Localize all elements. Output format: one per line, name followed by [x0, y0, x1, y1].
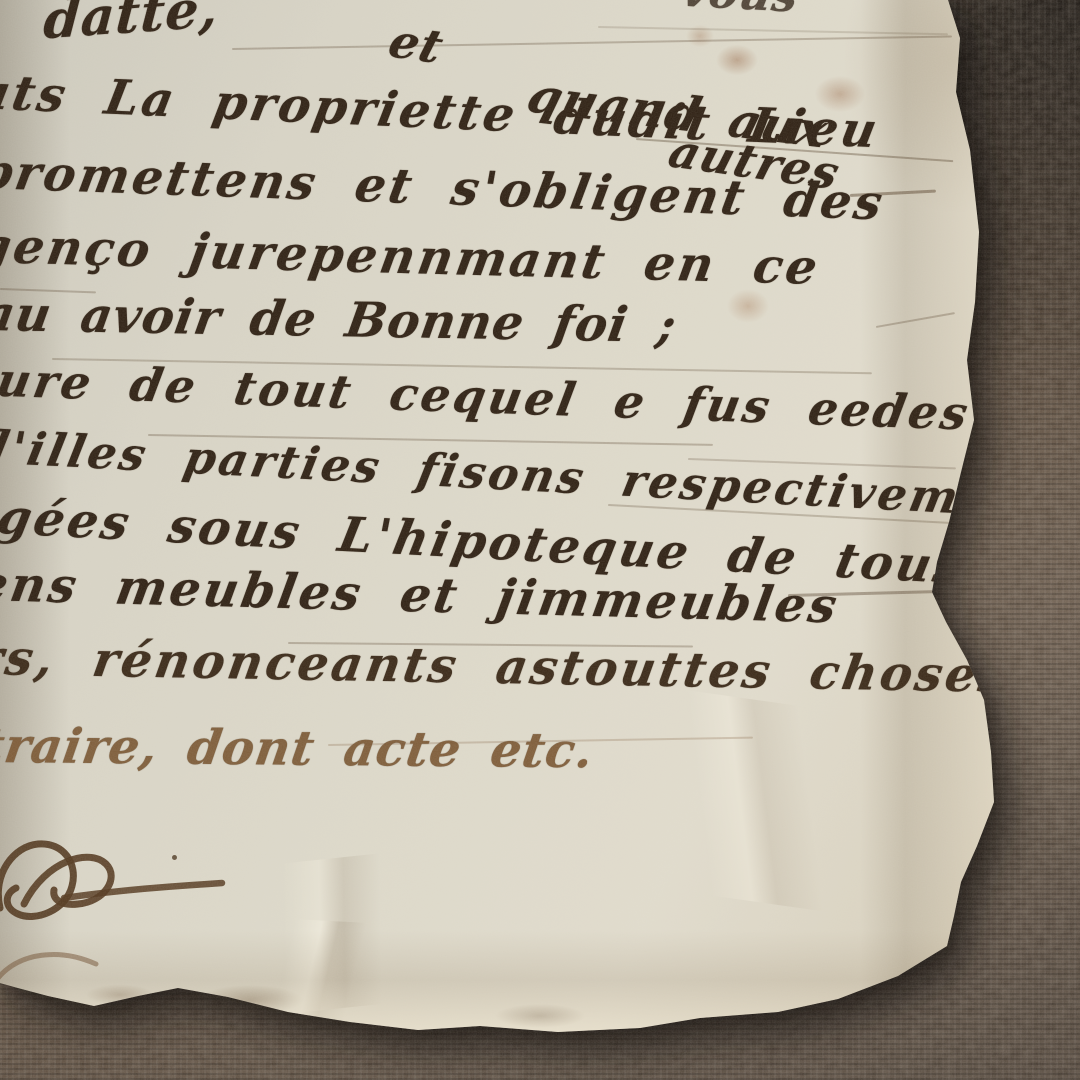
manuscript-line: rs, rénonceants astouttes choses	[0, 630, 1013, 704]
ink-rule	[232, 35, 952, 50]
manuscript-line: genço jurepennmant en ce	[0, 218, 824, 296]
manuscript-line: au avoir de Bonne foi ;	[0, 286, 681, 354]
manuscript-line: uts La propriette dudit Lieu	[0, 64, 884, 159]
photo-of-manuscript: vous datte, et quand aux autres uts La p…	[0, 0, 1080, 1080]
paper-sheet: vous datte, et quand aux autres uts La p…	[0, 0, 1080, 1080]
ink-rule	[598, 26, 948, 35]
signature-flourish	[0, 830, 244, 950]
manuscript-line: et	[383, 14, 450, 74]
manuscript-line-fragment: vous	[678, 0, 803, 23]
paper-crease	[508, 669, 991, 931]
ink-flourish	[0, 938, 116, 988]
manuscript-line: traire, dont acte etc.	[0, 718, 598, 779]
paper-wrapper: vous datte, et quand aux autres uts La p…	[0, 0, 1080, 1080]
ink-rule	[876, 312, 955, 328]
manuscript-line: datte,	[42, 0, 221, 51]
